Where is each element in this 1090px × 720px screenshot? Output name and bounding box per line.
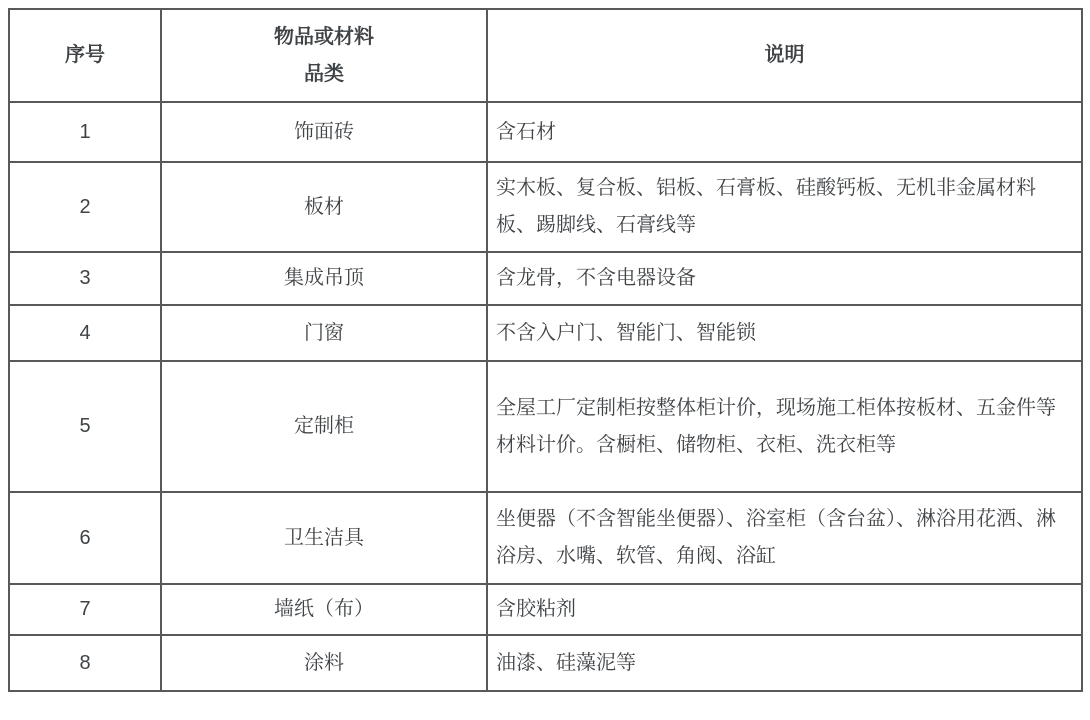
table-row: 3集成吊顶含龙骨，不含电器设备 [9, 252, 1082, 305]
table-row: 5定制柜全屋工厂定制柜按整体柜计价，现场施工柜体按板材、五金件等材料计价。含橱柜… [9, 361, 1082, 492]
header-cell-number: 序号 [9, 9, 161, 102]
row-number-cell: 3 [9, 252, 161, 305]
row-number-cell: 5 [9, 361, 161, 492]
category-cell: 定制柜 [161, 361, 487, 492]
table-row: 7墙纸（布）含胶粘剂 [9, 584, 1082, 635]
category-cell: 门窗 [161, 305, 487, 361]
table-row: 4门窗不含入户门、智能门、智能锁 [9, 305, 1082, 361]
materials-table: 序号 物品或材料 品类 说明 1饰面砖含石材2板材实木板、复合板、铝板、石膏板、… [8, 8, 1083, 692]
row-number-cell: 8 [9, 635, 161, 691]
header-cell-category: 物品或材料 品类 [161, 9, 487, 102]
table-row: 2板材实木板、复合板、铝板、石膏板、硅酸钙板、无机非金属材料板、踢脚线、石膏线等 [9, 162, 1082, 252]
category-cell: 板材 [161, 162, 487, 252]
category-cell: 饰面砖 [161, 102, 487, 162]
row-number-cell: 4 [9, 305, 161, 361]
description-cell: 油漆、硅藻泥等 [487, 635, 1082, 691]
description-cell: 实木板、复合板、铝板、石膏板、硅酸钙板、无机非金属材料板、踢脚线、石膏线等 [487, 162, 1082, 252]
row-number-cell: 6 [9, 492, 161, 584]
table-body: 1饰面砖含石材2板材实木板、复合板、铝板、石膏板、硅酸钙板、无机非金属材料板、踢… [9, 102, 1082, 691]
table-row: 1饰面砖含石材 [9, 102, 1082, 162]
row-number-cell: 7 [9, 584, 161, 635]
header-row: 序号 物品或材料 品类 说明 [9, 9, 1082, 102]
description-cell: 全屋工厂定制柜按整体柜计价，现场施工柜体按板材、五金件等材料计价。含橱柜、储物柜… [487, 361, 1082, 492]
category-cell: 卫生洁具 [161, 492, 487, 584]
description-cell: 含龙骨，不含电器设备 [487, 252, 1082, 305]
category-cell: 墙纸（布） [161, 584, 487, 635]
description-cell: 坐便器（不含智能坐便器）、浴室柜（含台盆）、淋浴用花洒、淋浴房、水嘴、软管、角阀… [487, 492, 1082, 584]
category-cell: 涂料 [161, 635, 487, 691]
header-cell-description: 说明 [487, 9, 1082, 102]
table-header: 序号 物品或材料 品类 说明 [9, 9, 1082, 102]
description-cell: 含石材 [487, 102, 1082, 162]
table-row: 6卫生洁具坐便器（不含智能坐便器）、浴室柜（含台盆）、淋浴用花洒、淋浴房、水嘴、… [9, 492, 1082, 584]
row-number-cell: 2 [9, 162, 161, 252]
document-page: 序号 物品或材料 品类 说明 1饰面砖含石材2板材实木板、复合板、铝板、石膏板、… [0, 0, 1090, 720]
row-number-cell: 1 [9, 102, 161, 162]
table-row: 8涂料油漆、硅藻泥等 [9, 635, 1082, 691]
category-cell: 集成吊顶 [161, 252, 487, 305]
description-cell: 不含入户门、智能门、智能锁 [487, 305, 1082, 361]
description-cell: 含胶粘剂 [487, 584, 1082, 635]
